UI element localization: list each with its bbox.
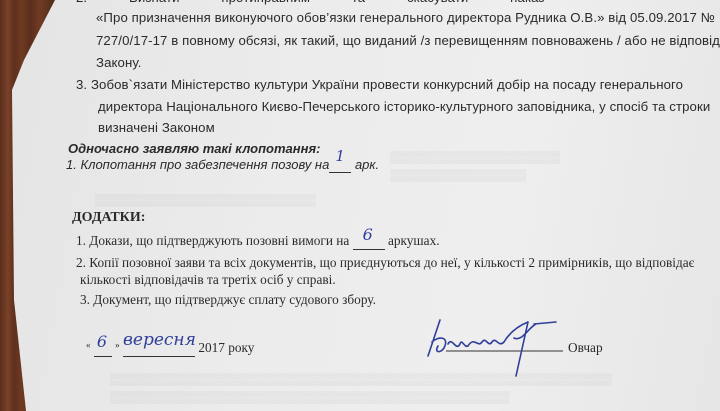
date-month-blank: вересня	[123, 340, 195, 357]
item2-line2: 727/0/17-17 в повному обсязі, як такий, …	[96, 33, 720, 48]
date-month-handwritten: вересня	[123, 330, 196, 350]
item2-cut-line: 2. Визнати протиправним та скасувати нак…	[76, 0, 545, 5]
bleed-through-text: ▒▒▒▒▒▒▒▒▒▒▒▒▒▒▒▒▒▒▒▒▒▒▒▒▒▒	[95, 193, 316, 208]
motions-heading: Одночасно заявляю такі клопотання:	[68, 141, 320, 156]
attachment-item1-text: 1. Докази, що підтверджують позовні вимо…	[76, 233, 349, 248]
attachment-item2-line2: кількості відповідачів та третіх осіб у …	[80, 272, 336, 288]
bleed-through-text: ▒▒▒▒▒▒▒▒▒▒▒▒▒▒▒▒▒▒▒▒▒▒▒▒▒▒▒▒▒▒▒▒▒▒▒▒▒▒▒▒…	[110, 390, 510, 405]
motion-item1-text: 1. Клопотання про забезпечення позову на	[66, 157, 329, 172]
bleed-through-text: ▒▒▒▒▒▒▒▒▒▒▒▒▒▒▒▒	[390, 168, 526, 183]
date-day-handwritten: 6	[97, 332, 107, 351]
date-day-blank: 6	[94, 340, 112, 357]
signing-date: « 6 » вересня 2017 року	[86, 340, 254, 357]
attachment-item1-blank: 6	[353, 233, 385, 250]
item3-line2: директора Національного Києво-Печерськог…	[98, 99, 710, 114]
bleed-through-text: ▒▒▒▒▒▒▒▒▒▒▒▒▒▒▒▒▒▒▒▒	[390, 150, 560, 165]
motion-item1: 1. Клопотання про забезпечення позову на…	[66, 157, 379, 173]
attachment-item3: 3. Документ, що підтверджує сплату судов…	[80, 292, 376, 308]
motion-item1-suffix: арк.	[355, 157, 379, 172]
quote-open: «	[86, 340, 91, 350]
attachment-item2-line1: 2. Копії позовної заяви та всіх документ…	[76, 255, 694, 271]
motion-item1-handwritten-value: 1	[335, 147, 345, 165]
attachment-item1-suffix: аркушах.	[388, 233, 440, 248]
attachments-heading: ДОДАТКИ:	[72, 210, 145, 226]
attachment-item1: 1. Докази, що підтверджують позовні вимо…	[76, 233, 440, 250]
item2-line1: «Про призначення виконуючого обов’язки г…	[96, 10, 715, 25]
motion-item1-blank: 1	[329, 157, 351, 173]
date-year: 2017 року	[198, 340, 254, 355]
item2-line3: Закону.	[96, 55, 141, 70]
item3-line3: визначені Законом	[98, 120, 215, 135]
signer-name: Овчар	[568, 340, 603, 356]
quote-close: »	[115, 340, 120, 350]
item3-line1: 3. Зобов`язати Міністерство культури Укр…	[76, 77, 683, 92]
attachment-item1-handwritten-value: 6	[363, 225, 373, 244]
